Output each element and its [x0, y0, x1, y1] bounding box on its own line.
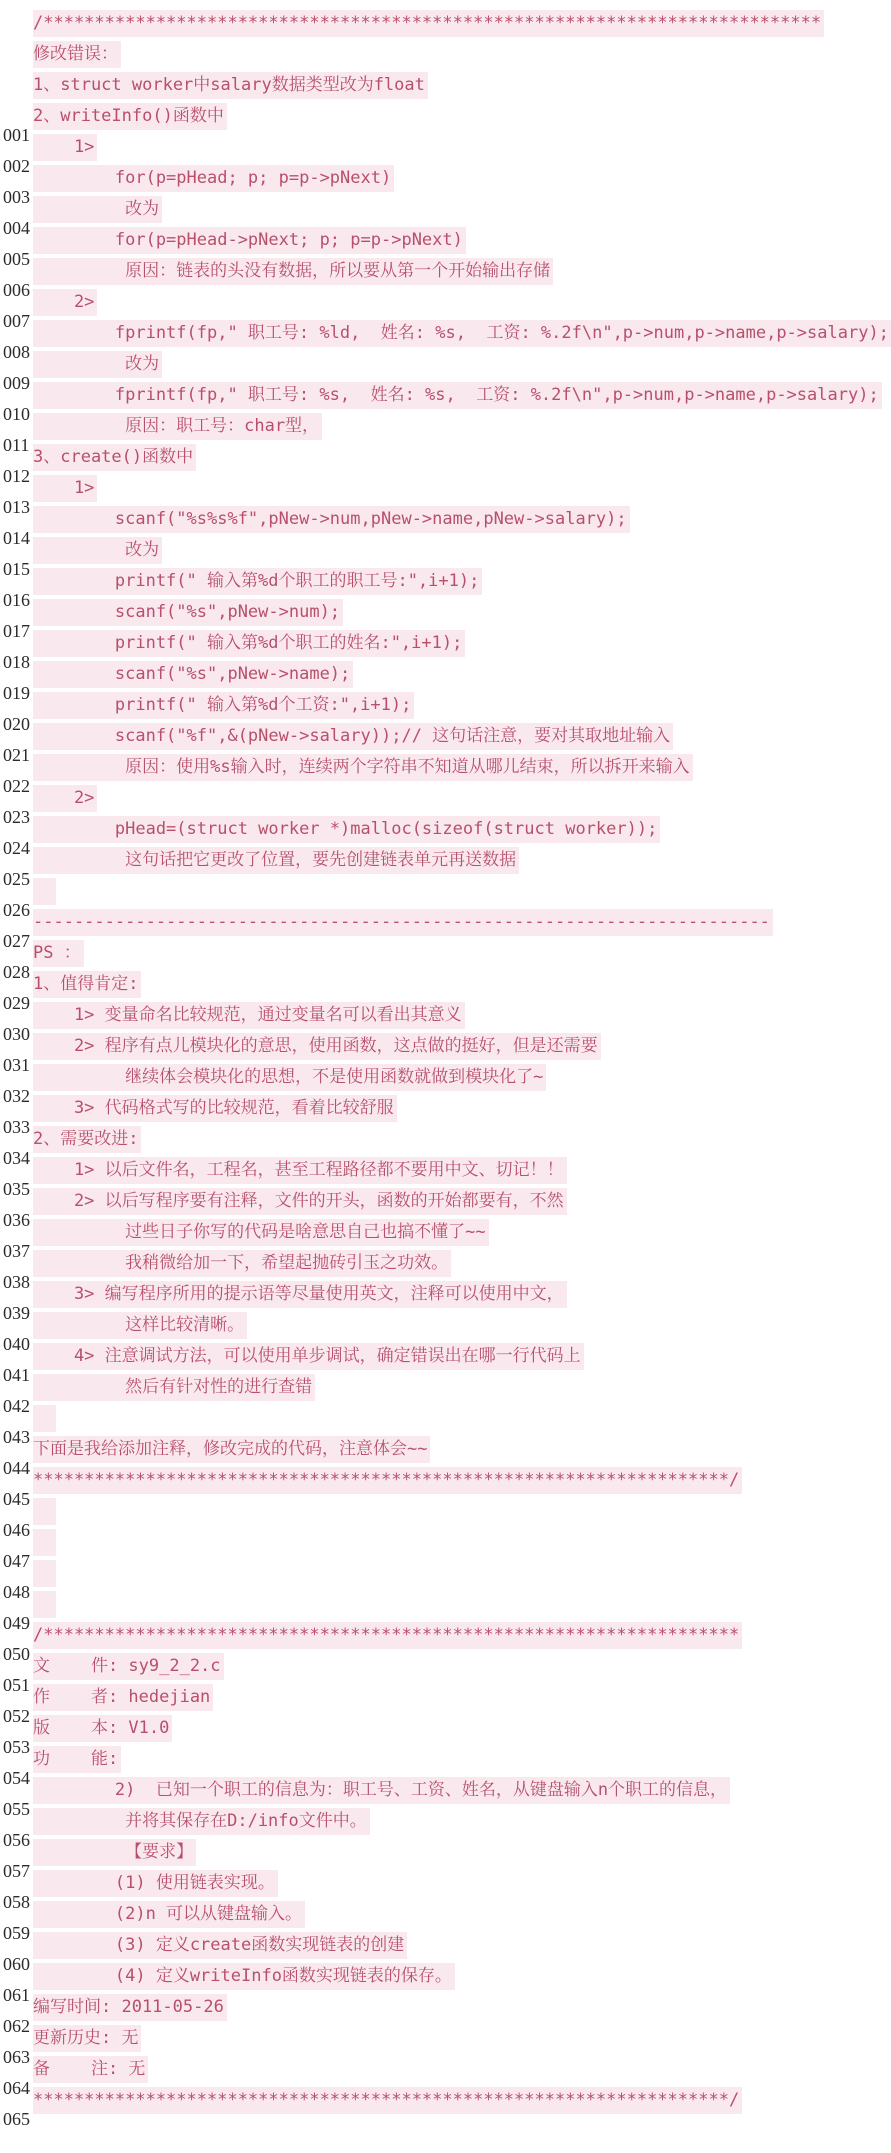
line-number: 012 — [3, 461, 47, 492]
code-line: 009 fprintf(fp," 职工号: %s, 姓名: %s, 工资: %.… — [33, 380, 891, 411]
line-text: /***************************************… — [33, 10, 824, 37]
code-line: 053功 能: — [33, 1744, 891, 1775]
line-number: 044 — [3, 1453, 47, 1484]
line-number: 014 — [3, 523, 47, 554]
line-number: 050 — [3, 1639, 47, 1670]
line-text: 1、值得肯定: — [33, 971, 141, 998]
line-text: 1> 变量命名比较规范，通过变量名可以看出其意义 — [33, 1002, 465, 1029]
code-line: 022 2> — [33, 783, 891, 814]
line-number: 017 — [3, 616, 47, 647]
line-text: 2) 已知一个职工的信息为：职工号、工资、姓名，从键盘输入n个职工的信息， — [33, 1777, 730, 1804]
code-line: 063备 注: 无 — [33, 2054, 891, 2085]
line-number: 015 — [3, 554, 47, 585]
line-number: 057 — [3, 1856, 47, 1887]
line-number: 033 — [3, 1112, 47, 1143]
line-text: ****************************************… — [33, 1467, 742, 1494]
line-number: 006 — [3, 275, 47, 306]
line-text: 我稍微给加一下，希望起抛砖引玉之功效。 — [33, 1250, 451, 1277]
code-line: 0113、create()函数中 — [33, 442, 891, 473]
line-number: 024 — [3, 833, 47, 864]
line-text: 改为 — [33, 196, 162, 223]
line-number: 064 — [3, 2073, 47, 2104]
line-number: 022 — [3, 771, 47, 802]
line-number: 029 — [3, 988, 47, 1019]
line-number: 048 — [3, 1577, 47, 1608]
line-number: 052 — [3, 1701, 47, 1732]
code-line: 047 — [33, 1558, 891, 1589]
code-line: 044*************************************… — [33, 1465, 891, 1496]
code-line: 030 2> 程序有点儿模块化的意思，使用函数，这点做的挺好，但是还需要 — [33, 1031, 891, 1062]
line-number: 038 — [3, 1267, 47, 1298]
code-line: 2、writeInfo()函数中 — [33, 101, 891, 132]
line-number: 027 — [3, 926, 47, 957]
line-number: 005 — [3, 244, 47, 275]
line-text: 原因：职工号：char型， — [33, 413, 322, 440]
code-line: 006 2> — [33, 287, 891, 318]
line-number: 013 — [3, 492, 47, 523]
code-line: 027PS ： — [33, 938, 891, 969]
line-number: 055 — [3, 1794, 47, 1825]
code-line: 016 scanf("%s",pNew->num); — [33, 597, 891, 628]
code-line: 0281、值得肯定: — [33, 969, 891, 1000]
line-number: 028 — [3, 957, 47, 988]
line-number: 051 — [3, 1670, 47, 1701]
code-line: 048 — [33, 1589, 891, 1620]
line-text: 备 注: 无 — [33, 2056, 148, 2083]
line-text: for(p=pHead->pNext; p; p=p->pNext) — [33, 227, 466, 254]
line-text: scanf("%s",pNew->num); — [33, 599, 343, 626]
code-line: 040 4> 注意调试方法，可以使用单步调试，确定错误出在哪一行代码上 — [33, 1341, 891, 1372]
line-text: 原因：链表的头没有数据，所以要从第一个开始输出存储 — [33, 258, 553, 285]
code-line: 054 2) 已知一个职工的信息为：职工号、工资、姓名，从键盘输入n个职工的信息… — [33, 1775, 891, 1806]
line-number: 036 — [3, 1205, 47, 1236]
line-text: 2、需要改进: — [33, 1126, 141, 1153]
line-text: 3> 编写程序所用的提示语等尽量使用英文，注释可以使用中文， — [33, 1281, 567, 1308]
line-number: 060 — [3, 1949, 47, 1980]
line-text: 然后有针对性的进行查错 — [33, 1374, 315, 1401]
code-line: 065 — [33, 2116, 891, 2147]
code-line: 042 — [33, 1403, 891, 1434]
line-text: fprintf(fp," 职工号: %ld, 姓名: %s, 工资: %.2f\… — [33, 320, 891, 347]
line-number: 009 — [3, 368, 47, 399]
code-line: 修改错误： — [33, 39, 891, 70]
code-line: 002 for(p=pHead; p; p=p->pNext) — [33, 163, 891, 194]
code-line: 060 (4) 定义writeInfo函数实现链表的保存。 — [33, 1961, 891, 1992]
line-text: 原因：使用%s输入时，连续两个字符串不知道从哪儿结束，所以拆开来输入 — [33, 754, 693, 781]
line-number: 062 — [3, 2011, 47, 2042]
line-number: 019 — [3, 678, 47, 709]
line-text: 3> 代码格式写的比较规范，看着比较舒服 — [33, 1095, 397, 1122]
code-line: 041 然后有针对性的进行查错 — [33, 1372, 891, 1403]
line-number: 032 — [3, 1081, 47, 1112]
line-text: 4> 注意调试方法，可以使用单步调试，确定错误出在哪一行代码上 — [33, 1343, 584, 1370]
line-number: 030 — [3, 1019, 47, 1050]
code-line: 039 这样比较清晰。 — [33, 1310, 891, 1341]
line-number: 046 — [3, 1515, 47, 1546]
line-text: scanf("%s%s%f",pNew->num,pNew->name,pNew… — [33, 506, 630, 533]
code-line: 045 — [33, 1496, 891, 1527]
line-number: 003 — [3, 182, 47, 213]
code-review-document: /***************************************… — [0, 0, 891, 2153]
code-line: 023 pHead=(struct worker *)malloc(sizeof… — [33, 814, 891, 845]
code-line: 061编写时间: 2011-05-26 — [33, 1992, 891, 2023]
line-number: 025 — [3, 864, 47, 895]
line-number: 065 — [3, 2104, 47, 2135]
code-line: 0332、需要改进: — [33, 1124, 891, 1155]
line-number: 040 — [3, 1329, 47, 1360]
line-number: 056 — [3, 1825, 47, 1856]
code-line: 052版 本: V1.0 — [33, 1713, 891, 1744]
code-line: 024 这句话把它更改了位置，要先创建链表单元再送数据 — [33, 845, 891, 876]
code-line: 012 1> — [33, 473, 891, 504]
code-line: 032 3> 代码格式写的比较规范，看着比较舒服 — [33, 1093, 891, 1124]
line-text: 这句话把它更改了位置，要先创建链表单元再送数据 — [33, 847, 519, 874]
code-line: 057 (1) 使用链表实现。 — [33, 1868, 891, 1899]
line-text: 改为 — [33, 537, 162, 564]
line-text: 过些日子你写的代码是啥意思自己也搞不懂了~~ — [33, 1219, 489, 1246]
line-text: 【要求】 — [33, 1839, 196, 1866]
line-number: 053 — [3, 1732, 47, 1763]
line-number: 016 — [3, 585, 47, 616]
code-line: /***************************************… — [33, 8, 891, 39]
line-text: 1、struct worker中salary数据类型改为float — [33, 72, 428, 99]
line-text: printf(" 输入第%d个工资:",i+1); — [33, 692, 414, 719]
line-number: 031 — [3, 1050, 47, 1081]
line-number: 018 — [3, 647, 47, 678]
code-line: 062更新历史: 无 — [33, 2023, 891, 2054]
code-line: 017 printf(" 输入第%d个职工的姓名:",i+1); — [33, 628, 891, 659]
code-line: 049/************************************… — [33, 1620, 891, 1651]
line-number: 063 — [3, 2042, 47, 2073]
line-number: 037 — [3, 1236, 47, 1267]
code-line: 058 (2)n 可以从键盘输入。 — [33, 1899, 891, 1930]
line-number: 008 — [3, 337, 47, 368]
code-line: 038 3> 编写程序所用的提示语等尽量使用英文，注释可以使用中文， — [33, 1279, 891, 1310]
code-line: 064*************************************… — [33, 2085, 891, 2116]
code-line: 036 过些日子你写的代码是啥意思自己也搞不懂了~~ — [33, 1217, 891, 1248]
line-text: (2)n 可以从键盘输入。 — [33, 1901, 305, 1928]
line-number: 021 — [3, 740, 47, 771]
code-line: 003 改为 — [33, 194, 891, 225]
line-text: 改为 — [33, 351, 162, 378]
line-number: 010 — [3, 399, 47, 430]
code-line: 056 【要求】 — [33, 1837, 891, 1868]
code-line: 037 我稍微给加一下，希望起抛砖引玉之功效。 — [33, 1248, 891, 1279]
line-number: 023 — [3, 802, 47, 833]
line-number: 034 — [3, 1143, 47, 1174]
line-text: /***************************************… — [33, 1622, 742, 1649]
code-line: 043下面是我给添加注释，修改完成的代码，注意体会~~ — [33, 1434, 891, 1465]
line-text: 这样比较清晰。 — [33, 1312, 247, 1339]
code-line: 013 scanf("%s%s%f",pNew->num,pNew->name,… — [33, 504, 891, 535]
line-number: 059 — [3, 1918, 47, 1949]
line-number: 061 — [3, 1980, 47, 2011]
code-line: 035 2> 以后写程序要有注释，文件的开头，函数的开始都要有，不然 — [33, 1186, 891, 1217]
code-block: /***************************************… — [33, 8, 891, 2147]
line-text: (3) 定义create函数实现链表的创建 — [33, 1932, 407, 1959]
code-line: 004 for(p=pHead->pNext; p; p=p->pNext) — [33, 225, 891, 256]
line-text: 更新历史: 无 — [33, 2025, 141, 2052]
line-number: 007 — [3, 306, 47, 337]
line-text: 文 件: sy9_2_2.c — [33, 1653, 224, 1680]
line-text: 并将其保存在D:/info文件中。 — [33, 1808, 370, 1835]
code-line: 008 改为 — [33, 349, 891, 380]
line-number: 001 — [3, 120, 47, 151]
code-line: 034 1> 以后文件名，工程名，甚至工程路径都不要用中文、切记！！ — [33, 1155, 891, 1186]
code-line: 025 — [33, 876, 891, 907]
code-line: 014 改为 — [33, 535, 891, 566]
line-text: 2> 以后写程序要有注释，文件的开头，函数的开始都要有，不然 — [33, 1188, 567, 1215]
line-text: (4) 定义writeInfo函数实现链表的保存。 — [33, 1963, 455, 1990]
line-text: 3、create()函数中 — [33, 444, 196, 471]
line-text: ****************************************… — [33, 2087, 742, 2114]
line-number: 047 — [3, 1546, 47, 1577]
code-line: 059 (3) 定义create函数实现链表的创建 — [33, 1930, 891, 1961]
line-text: for(p=pHead; p; p=p->pNext) — [33, 165, 394, 192]
code-line: 020 scanf("%f",&(pNew->salary));// 这句话注意… — [33, 721, 891, 752]
line-number: 039 — [3, 1298, 47, 1329]
code-line: 050文 件: sy9_2_2.c — [33, 1651, 891, 1682]
line-number: 058 — [3, 1887, 47, 1918]
code-line: 026-------------------------------------… — [33, 907, 891, 938]
line-text: 1> 以后文件名，工程名，甚至工程路径都不要用中文、切记！！ — [33, 1157, 567, 1184]
code-line: 031 继续体会模块化的思想，不是使用函数就做到模块化了~ — [33, 1062, 891, 1093]
line-text: pHead=(struct worker *)malloc(sizeof(str… — [33, 816, 660, 843]
line-text: printf(" 输入第%d个职工的职工号:",i+1); — [33, 568, 482, 595]
line-number: 002 — [3, 151, 47, 182]
line-text: 下面是我给添加注释，修改完成的代码，注意体会~~ — [33, 1436, 430, 1463]
line-text: 编写时间: 2011-05-26 — [33, 1994, 227, 2021]
line-number: 042 — [3, 1391, 47, 1422]
line-text: 继续体会模块化的思想，不是使用函数就做到模块化了~ — [33, 1064, 546, 1091]
line-number: 004 — [3, 213, 47, 244]
line-text: scanf("%f",&(pNew->salary));// 这句话注意，要对其… — [33, 723, 673, 750]
line-text: 作 者: hedejian — [33, 1684, 213, 1711]
line-number: 020 — [3, 709, 47, 740]
line-text: 版 本: V1.0 — [33, 1715, 172, 1742]
code-line: 029 1> 变量命名比较规范，通过变量名可以看出其意义 — [33, 1000, 891, 1031]
line-text: ----------------------------------------… — [33, 909, 773, 936]
code-line: 055 并将其保存在D:/info文件中。 — [33, 1806, 891, 1837]
line-number: 045 — [3, 1484, 47, 1515]
line-number: 026 — [3, 895, 47, 926]
code-line: 018 scanf("%s",pNew->name); — [33, 659, 891, 690]
line-text: fprintf(fp," 职工号: %s, 姓名: %s, 工资: %.2f\n… — [33, 382, 882, 409]
line-number: 054 — [3, 1763, 47, 1794]
line-number: 049 — [3, 1608, 47, 1639]
code-line: 046 — [33, 1527, 891, 1558]
line-number: 043 — [3, 1422, 47, 1453]
code-line: 015 printf(" 输入第%d个职工的职工号:",i+1); — [33, 566, 891, 597]
code-line: 019 printf(" 输入第%d个工资:",i+1); — [33, 690, 891, 721]
line-text: scanf("%s",pNew->name); — [33, 661, 353, 688]
line-number: 035 — [3, 1174, 47, 1205]
code-line: 010 原因：职工号：char型， — [33, 411, 891, 442]
line-text: 2> 程序有点儿模块化的意思，使用函数，这点做的挺好，但是还需要 — [33, 1033, 601, 1060]
line-text: printf(" 输入第%d个职工的姓名:",i+1); — [33, 630, 465, 657]
line-text: 2、writeInfo()函数中 — [33, 103, 227, 130]
code-line: 1、struct worker中salary数据类型改为float — [33, 70, 891, 101]
line-number: 011 — [3, 430, 47, 461]
code-line: 007 fprintf(fp," 职工号: %ld, 姓名: %s, 工资: %… — [33, 318, 891, 349]
code-line: 001 1> — [33, 132, 891, 163]
code-line: 005 原因：链表的头没有数据，所以要从第一个开始输出存储 — [33, 256, 891, 287]
line-text: 修改错误： — [33, 41, 121, 68]
code-line: 051作 者: hedejian — [33, 1682, 891, 1713]
line-number: 041 — [3, 1360, 47, 1391]
code-line: 021 原因：使用%s输入时，连续两个字符串不知道从哪儿结束，所以拆开来输入 — [33, 752, 891, 783]
line-text: (1) 使用链表实现。 — [33, 1870, 278, 1897]
